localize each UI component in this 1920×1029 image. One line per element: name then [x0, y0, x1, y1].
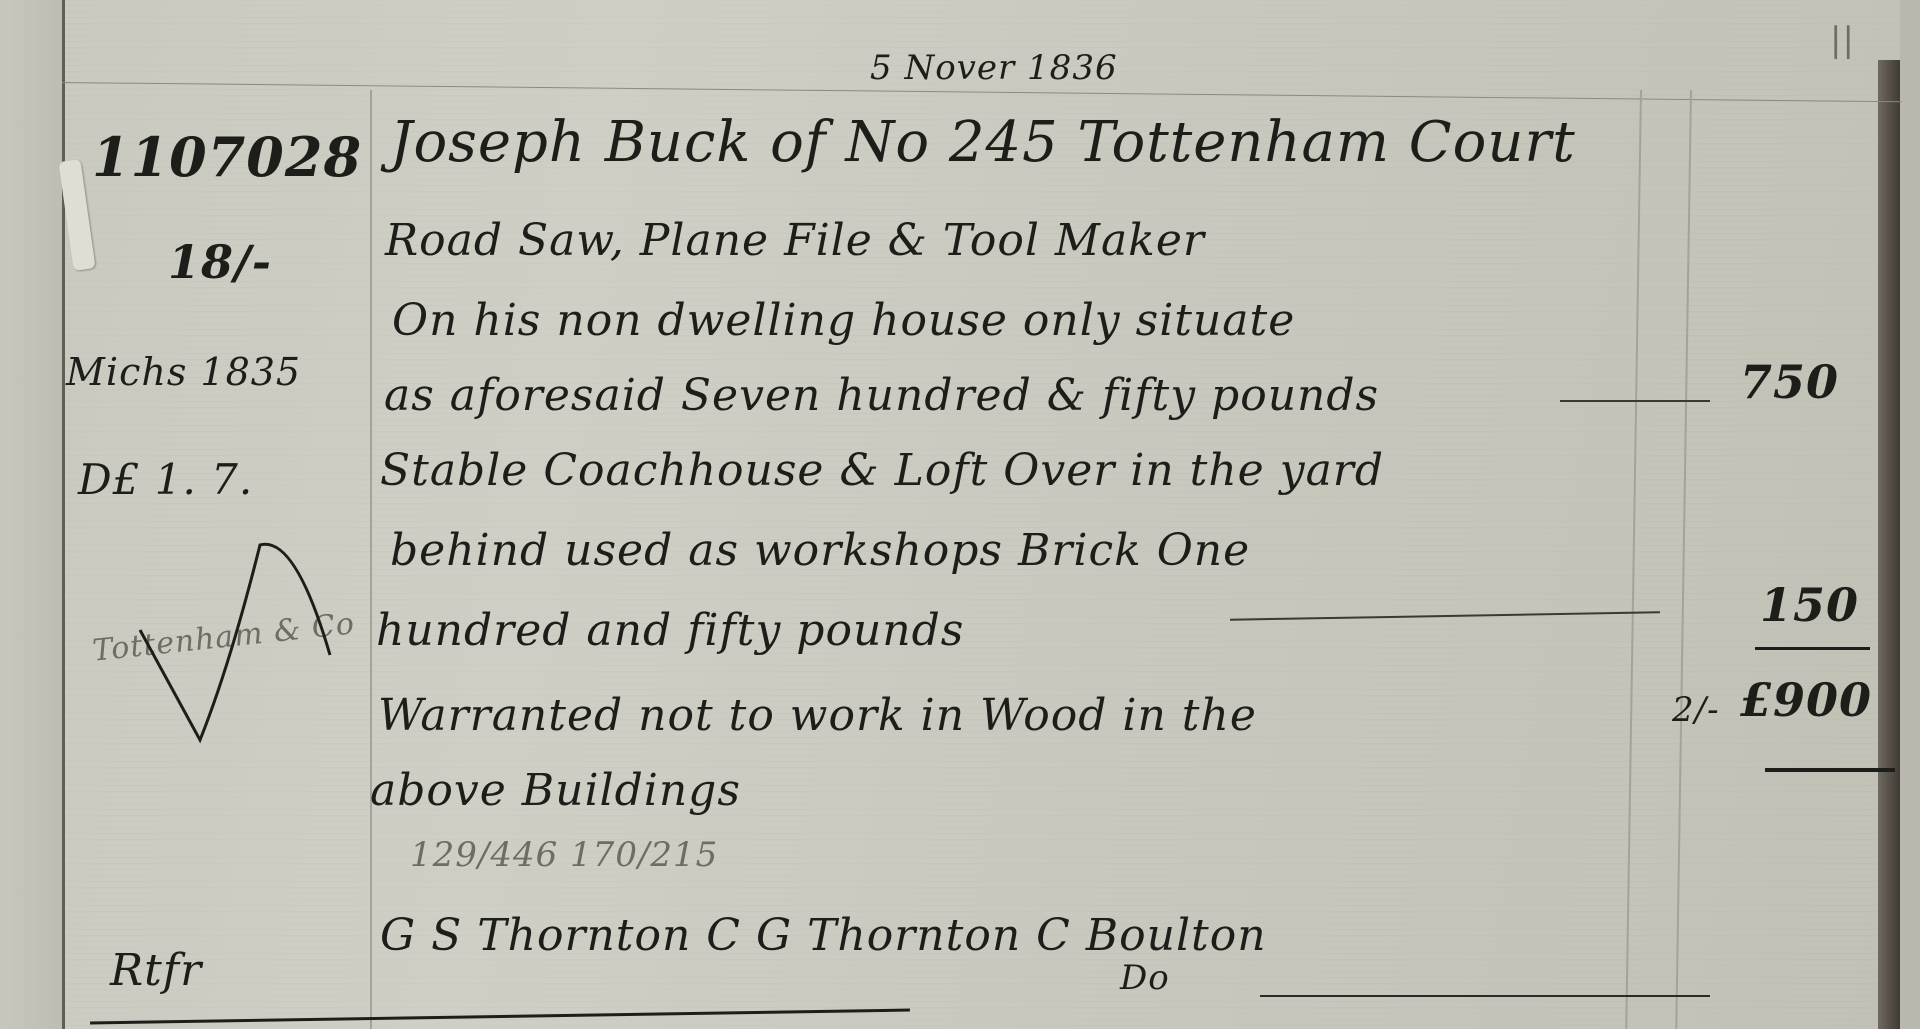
amount-150: 150 — [1760, 578, 1859, 632]
amount-750: 750 — [1740, 355, 1839, 409]
book-binding-edge — [1878, 60, 1900, 1029]
ledger-page: || 5 Nover 1836 1107028 18/- Michs 1835 … — [0, 0, 1900, 1029]
premium: 18/- — [168, 235, 272, 289]
entry-end-rule — [90, 1009, 910, 1025]
entry-line-1: Joseph Buck of No 245 Tottenham Court — [390, 110, 1576, 175]
signature-bracket — [1260, 975, 1710, 997]
entry-line-9: above Buildings — [370, 765, 741, 816]
duty: D£ 1. 7. — [78, 455, 253, 504]
entry-line-8: Warranted not to work in Wood in the — [378, 690, 1257, 741]
rate: 2/- — [1672, 690, 1720, 730]
signatures: G S Thornton C G Thornton C Boulton — [380, 910, 1267, 961]
facing-page-edge — [0, 0, 65, 1029]
total-amount: £900 — [1740, 673, 1872, 727]
sum-rule — [1755, 647, 1870, 650]
entry-line-2: Road Saw, Plane File & Tool Maker — [385, 215, 1205, 266]
entry-line-6: behind used as workshops Brick One — [390, 525, 1250, 576]
line-filler — [1230, 611, 1660, 621]
entry-line-4: as aforesaid Seven hundred & fifty pound… — [384, 370, 1379, 421]
signature-label: Rtfr — [110, 945, 202, 996]
signature-ditto: Do — [1120, 958, 1170, 998]
amount-column-rule-left — [1625, 90, 1642, 1029]
entry-line-7: hundred and fifty pounds — [376, 605, 964, 656]
corner-mark: || — [1830, 20, 1855, 60]
line-filler — [1560, 400, 1710, 402]
check-mark-icon — [120, 515, 340, 755]
entry-date: 5 Nover 1836 — [870, 48, 1118, 88]
reference-numbers: 129/446 170/215 — [410, 835, 718, 875]
margin-rule — [370, 90, 372, 1029]
total-double-rule — [1765, 768, 1895, 772]
entry-line-5: Stable Coachhouse & Loft Over in the yar… — [380, 445, 1384, 496]
amount-column-rule-right — [1675, 90, 1692, 1029]
entry-line-3: On his non dwelling house only situate — [392, 295, 1295, 346]
term: Michs 1835 — [66, 350, 301, 394]
policy-number: 1107028 — [92, 125, 362, 189]
